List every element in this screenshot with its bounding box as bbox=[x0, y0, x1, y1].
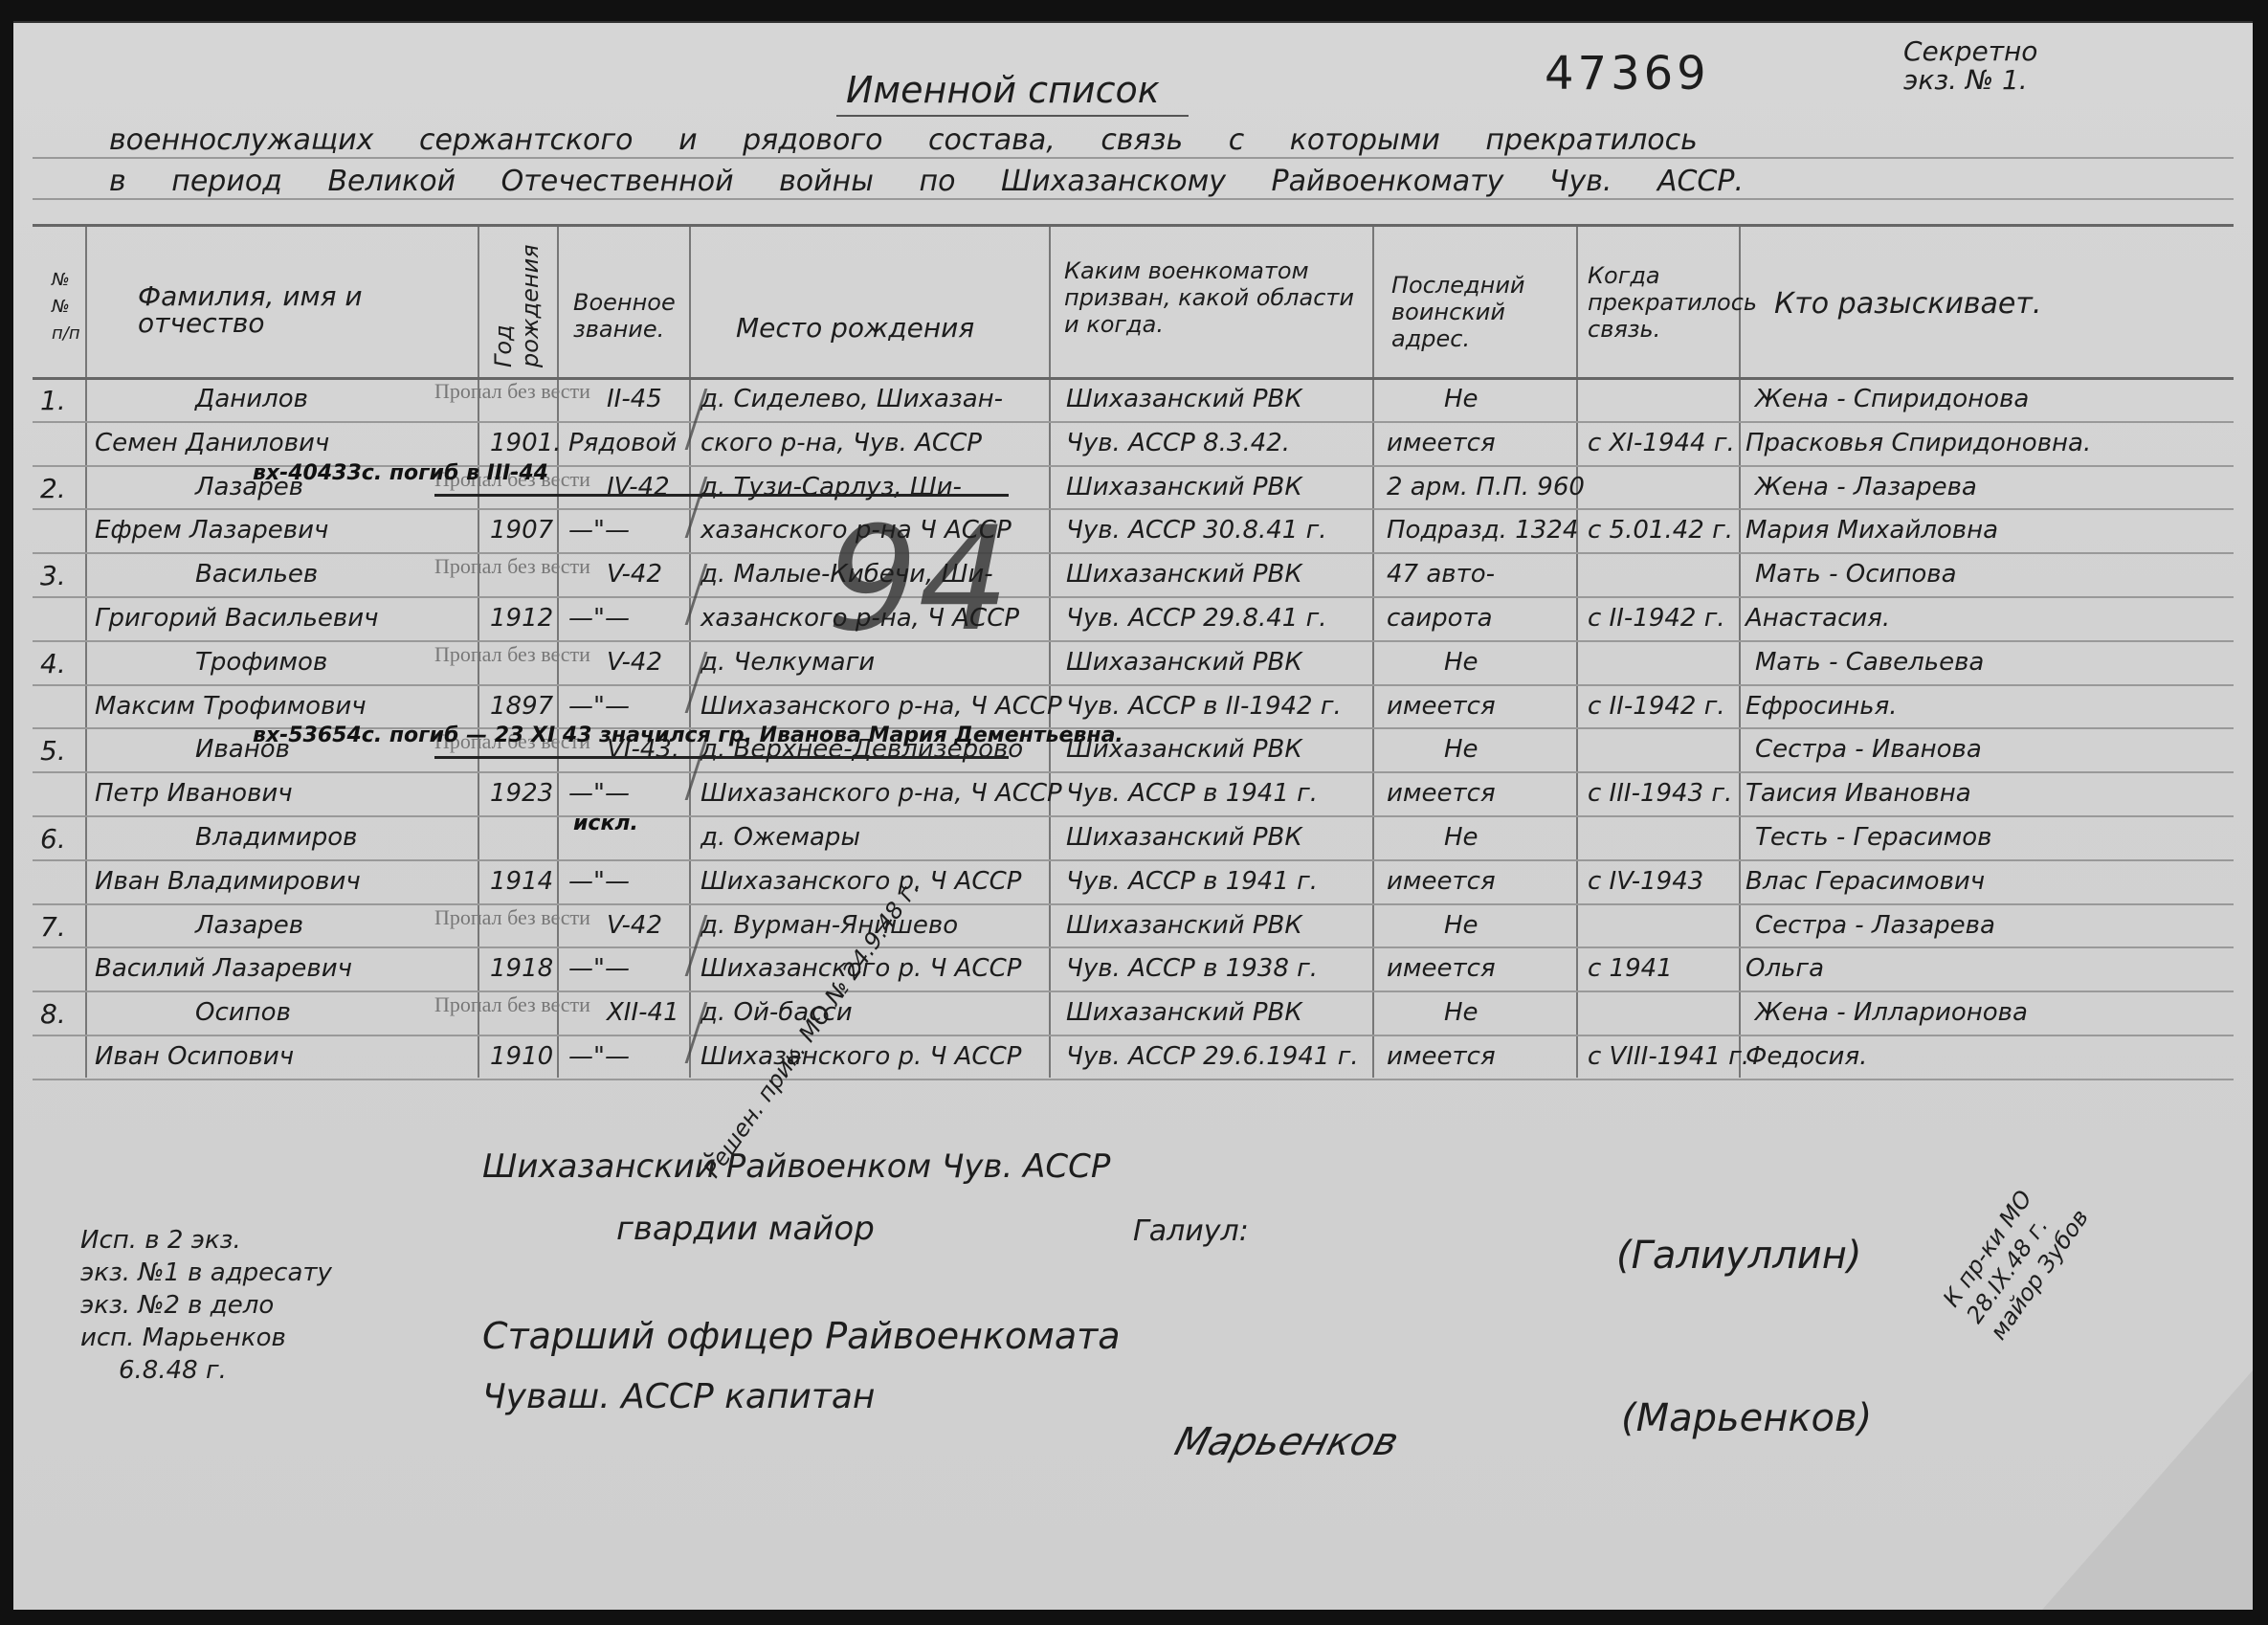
military-rank: —"— bbox=[568, 516, 630, 545]
military-rank: —"— bbox=[568, 867, 630, 896]
searcher-name: Мария Михайловна bbox=[1745, 516, 1998, 545]
commissar-line-1: Шихазанский Райвоенком Чув. АССР bbox=[482, 1147, 1110, 1186]
row-divider bbox=[33, 421, 2234, 423]
last-address-cont: имеется bbox=[1387, 779, 1496, 808]
strikethrough-line bbox=[434, 756, 1009, 759]
searcher-name: Ольга bbox=[1745, 954, 1824, 983]
last-address: Не bbox=[1444, 735, 1479, 764]
header-num: №№ п/п bbox=[52, 267, 80, 347]
row-divider bbox=[33, 859, 2234, 861]
execution-copy-2: экз. №2 в дело bbox=[80, 1289, 332, 1322]
officer-line-1: Старший офицер Райвоенкомата bbox=[482, 1315, 1121, 1357]
column-divider bbox=[1739, 224, 1741, 1078]
subtitle-line-2: в период Великой Отечественной войны по … bbox=[109, 165, 1744, 198]
header-birthplace: Место рождения bbox=[736, 315, 1042, 342]
last-address: Не bbox=[1444, 648, 1479, 677]
searcher-relation: Жена - Илларионова bbox=[1755, 998, 2028, 1027]
missing-date: V-42 bbox=[607, 648, 662, 677]
commissar-line-2: гвардии майор bbox=[616, 1210, 875, 1248]
row-divider bbox=[33, 903, 2234, 905]
birthplace: д. Тузи-Сарлуз, Ши- bbox=[700, 473, 962, 501]
subtitle-line-1: военнослужащих сержантского и рядового с… bbox=[109, 123, 1698, 157]
commissar-signature: Галиул: bbox=[1133, 1214, 1249, 1248]
surname: Трофимов bbox=[195, 648, 327, 677]
birth-year: 1897 bbox=[490, 692, 553, 721]
header-conscription: Каким военкоматом призван, какой области… bbox=[1064, 257, 1361, 338]
row-divider bbox=[33, 640, 2234, 642]
header-birth-year: Год рождения bbox=[490, 234, 544, 367]
row-number: 2. bbox=[40, 473, 66, 504]
conscription-office: Шихазанский РВК bbox=[1066, 473, 1302, 501]
officer-name: (Марьенков) bbox=[1621, 1396, 1872, 1440]
row-number: 4. bbox=[40, 648, 66, 679]
execution-copies: Исп. в 2 экз. bbox=[80, 1224, 332, 1257]
last-address-cont: саирота bbox=[1387, 604, 1493, 633]
conscription-date: Чув. АССР 30.8.41 г. bbox=[1066, 516, 1327, 545]
commissar-name: (Галиуллин) bbox=[1616, 1234, 1862, 1278]
ruled-line bbox=[33, 198, 2234, 200]
secrecy-mark: Секретно экз. № 1. bbox=[1903, 37, 2037, 95]
missing-stamp: Пропал без вести bbox=[434, 379, 590, 404]
row-divider bbox=[33, 991, 2234, 992]
birthplace-district: хазанского р-на Ч АССР bbox=[700, 516, 1012, 545]
searcher-name: Анастасия. bbox=[1745, 604, 1890, 633]
strikethrough-line bbox=[434, 494, 1009, 497]
birth-year: 1923 bbox=[490, 779, 553, 808]
header-searcher: Кто разыскивает. bbox=[1774, 291, 2214, 318]
column-divider bbox=[1049, 224, 1051, 1078]
row-divider bbox=[33, 1035, 2234, 1036]
military-rank: —"— bbox=[568, 1042, 630, 1071]
surname: Данилов bbox=[195, 385, 308, 413]
last-address: Не bbox=[1444, 823, 1479, 852]
military-rank: —"— bbox=[568, 954, 630, 983]
contact-lost-date: с II-1942 г. bbox=[1588, 604, 1725, 633]
military-rank: —"— bbox=[568, 604, 630, 633]
surname: Лазарев bbox=[195, 911, 303, 940]
birthplace: д. Ожемары bbox=[700, 823, 860, 852]
given-name-patronymic: Семен Данилович bbox=[95, 429, 329, 457]
missing-stamp: Пропал без вести bbox=[434, 992, 590, 1017]
searcher-name: Влас Герасимович bbox=[1745, 867, 1985, 896]
column-divider bbox=[85, 224, 87, 1078]
conscription-office: Шихазанский РВК bbox=[1066, 560, 1302, 589]
row-number: 1. bbox=[40, 385, 66, 416]
last-address: Не bbox=[1444, 385, 1479, 413]
row-divider bbox=[33, 815, 2234, 817]
row-number: 3. bbox=[40, 560, 66, 591]
birthplace-district: Шихазанского р. Ч АССР bbox=[700, 867, 1021, 896]
conscription-date: Чув. АССР 8.3.42. bbox=[1066, 429, 1290, 457]
row-number: 5. bbox=[40, 735, 66, 767]
given-name-patronymic: Иван Владимирович bbox=[95, 867, 361, 896]
conscription-date: Чув. АССР в II-1942 г. bbox=[1066, 692, 1342, 721]
contact-lost-date: с VIII-1941 г. bbox=[1588, 1042, 1749, 1071]
last-address-cont: имеется bbox=[1387, 429, 1496, 457]
missing-stamp: Пропал без вести bbox=[434, 554, 590, 579]
secrecy-label: Секретно bbox=[1903, 37, 2037, 66]
ruled-line bbox=[33, 157, 2234, 159]
birth-year: 1907 bbox=[490, 516, 553, 545]
handwritten-annotation: искл. bbox=[573, 812, 638, 835]
conscription-office: Шихазанский РВК bbox=[1066, 998, 1302, 1027]
searcher-relation: Мать - Савельева bbox=[1755, 648, 1984, 677]
searcher-name: Таисия Ивановна bbox=[1745, 779, 1971, 808]
searcher-name: Прасковья Спиридоновна. bbox=[1745, 429, 2091, 457]
given-name-patronymic: Григорий Васильевич bbox=[95, 604, 379, 633]
contact-lost-date: с II-1942 г. bbox=[1588, 692, 1725, 721]
surname: Владимиров bbox=[195, 823, 358, 852]
birthplace: д. Челкумаги bbox=[700, 648, 875, 677]
row-divider bbox=[33, 508, 2234, 510]
contact-lost-date: с IV-1943 bbox=[1588, 867, 1703, 896]
row-number: 7. bbox=[40, 911, 66, 943]
birthplace-district: Шихазанского р. Ч АССР bbox=[700, 1042, 1021, 1071]
birth-year: 1910 bbox=[490, 1042, 553, 1071]
contact-lost-date: с 5.01.42 г. bbox=[1588, 516, 1733, 545]
searcher-relation: Сестра - Лазарева bbox=[1755, 911, 1995, 940]
row-number: 8. bbox=[40, 998, 66, 1030]
conscription-date: Чув. АССР в 1938 г. bbox=[1066, 954, 1318, 983]
row-divider bbox=[33, 552, 2234, 554]
birthplace: д. Сиделево, Шихазан- bbox=[700, 385, 1003, 413]
column-divider bbox=[1576, 224, 1578, 1078]
given-name-patronymic: Максим Трофимович bbox=[95, 692, 367, 721]
table-border bbox=[33, 224, 2234, 227]
document-sheet: Именной список 47369 Секретно экз. № 1. … bbox=[13, 21, 2253, 1610]
given-name-patronymic: Петр Иванович bbox=[95, 779, 293, 808]
header-rank: Военное звание. bbox=[573, 289, 683, 343]
contact-lost-date: с 1941 bbox=[1588, 954, 1673, 983]
contact-lost-date: с XI-1944 г. bbox=[1588, 429, 1735, 457]
conscription-office: Шихазанский РВК bbox=[1066, 648, 1302, 677]
copy-number: экз. № 1. bbox=[1903, 66, 2037, 95]
conscription-office: Шихазанский РВК bbox=[1066, 823, 1302, 852]
given-name-patronymic: Ефрем Лазаревич bbox=[95, 516, 328, 545]
last-address: Не bbox=[1444, 998, 1479, 1027]
missing-date: V-42 bbox=[607, 911, 662, 940]
conscription-office: Шихазанский РВК bbox=[1066, 911, 1302, 940]
birthplace-district: Шихазанского р-на, Ч АССР bbox=[700, 692, 1062, 721]
row-divider bbox=[33, 771, 2234, 773]
searcher-name: Федосия. bbox=[1745, 1042, 1867, 1071]
officer-line-2: Чуваш. АССР капитан bbox=[482, 1377, 875, 1416]
conscription-date: Чув. АССР в 1941 г. bbox=[1066, 779, 1318, 808]
conscription-office: Шихазанский РВК bbox=[1066, 385, 1302, 413]
birthplace-district: Шихазанского р-на, Ч АССР bbox=[700, 779, 1062, 808]
contact-lost-date: с III-1943 г. bbox=[1588, 779, 1732, 808]
header-name: Фамилия, имя и отчество bbox=[138, 283, 463, 337]
missing-date: IV-42 bbox=[607, 473, 670, 501]
last-address-cont: имеется bbox=[1387, 692, 1496, 721]
document-number: 47369 bbox=[1545, 47, 1710, 100]
surname: Осипов bbox=[195, 998, 291, 1027]
header-last-address: Последний воинский адрес. bbox=[1391, 272, 1564, 352]
row-number: 6. bbox=[40, 823, 66, 855]
margin-note: К пр-ки МО 28.IX.48 г. майор Зубов bbox=[1937, 1171, 2095, 1346]
birthplace: д. Вурман-Янишево bbox=[700, 911, 958, 940]
row-divider bbox=[33, 1079, 2234, 1080]
birth-year: 1918 bbox=[490, 954, 553, 983]
last-address: 47 авто- bbox=[1387, 560, 1495, 589]
birthplace-district: хазанского р-на, Ч АССР bbox=[700, 604, 1019, 633]
column-divider bbox=[1372, 224, 1374, 1078]
conscription-date: Чув. АССР 29.6.1941 г. bbox=[1066, 1042, 1359, 1071]
birth-year: 1914 bbox=[490, 867, 553, 896]
last-address-cont: Подразд. 1324 bbox=[1387, 516, 1578, 545]
row-divider bbox=[33, 684, 2234, 686]
military-rank: —"— bbox=[568, 692, 630, 721]
given-name-patronymic: Иван Осипович bbox=[95, 1042, 294, 1071]
conscription-date: Чув. АССР 29.8.41 г. bbox=[1066, 604, 1327, 633]
officer-signature: Марьенков bbox=[1170, 1420, 1403, 1464]
last-address-cont: имеется bbox=[1387, 954, 1496, 983]
searcher-relation: Жена - Лазарева bbox=[1755, 473, 1977, 501]
missing-date: II-45 bbox=[607, 385, 662, 413]
conscription-date: Чув. АССР в 1941 г. bbox=[1066, 867, 1318, 896]
searcher-name: Ефросинья. bbox=[1745, 692, 1898, 721]
birthplace: д. Малые-Кибечи, Ши- bbox=[700, 560, 993, 589]
birth-year: 1912 bbox=[490, 604, 553, 633]
handwritten-annotation: вх-40433с. погиб в III-44 bbox=[253, 461, 548, 485]
document-title: Именной список bbox=[846, 69, 1160, 111]
last-address-cont: имеется bbox=[1387, 1042, 1496, 1071]
last-address: 2 арм. П.П. 960 bbox=[1387, 473, 1585, 501]
execution-note: Исп. в 2 экз. экз. №1 в адресату экз. №2… bbox=[80, 1224, 332, 1387]
executor: исп. Марьенков bbox=[80, 1322, 332, 1354]
row-divider bbox=[33, 596, 2234, 598]
row-divider bbox=[33, 946, 2234, 948]
searcher-relation: Жена - Спиридонова bbox=[1755, 385, 2029, 413]
given-name-patronymic: Василий Лазаревич bbox=[95, 954, 352, 983]
birth-year: 1901. bbox=[490, 429, 561, 457]
searcher-relation: Мать - Осипова bbox=[1755, 560, 1957, 589]
surname: Васильев bbox=[195, 560, 318, 589]
last-address: Не bbox=[1444, 911, 1479, 940]
military-rank: —"— bbox=[568, 779, 630, 808]
header-contact-lost: Когда прекратилось связь. bbox=[1588, 262, 1722, 343]
header-bottom-border bbox=[33, 377, 2234, 380]
handwritten-annotation: вх-53654с. погиб — 23 XI 43 значился гр.… bbox=[253, 723, 1123, 747]
searcher-relation: Сестра - Иванова bbox=[1755, 735, 1982, 764]
personnel-table: №№ п/п Фамилия, имя и отчество Год рожде… bbox=[33, 224, 2234, 1078]
execution-date: 6.8.48 г. bbox=[80, 1354, 332, 1387]
missing-stamp: Пропал без вести bbox=[434, 642, 590, 667]
searcher-relation: Тесть - Герасимов bbox=[1755, 823, 1992, 852]
last-address-cont: имеется bbox=[1387, 867, 1496, 896]
missing-date: V-42 bbox=[607, 560, 662, 589]
birthplace-district: ского р-на, Чув. АССР bbox=[700, 429, 982, 457]
execution-copy-1: экз. №1 в адресату bbox=[80, 1257, 332, 1289]
missing-stamp: Пропал без вести bbox=[434, 905, 590, 930]
